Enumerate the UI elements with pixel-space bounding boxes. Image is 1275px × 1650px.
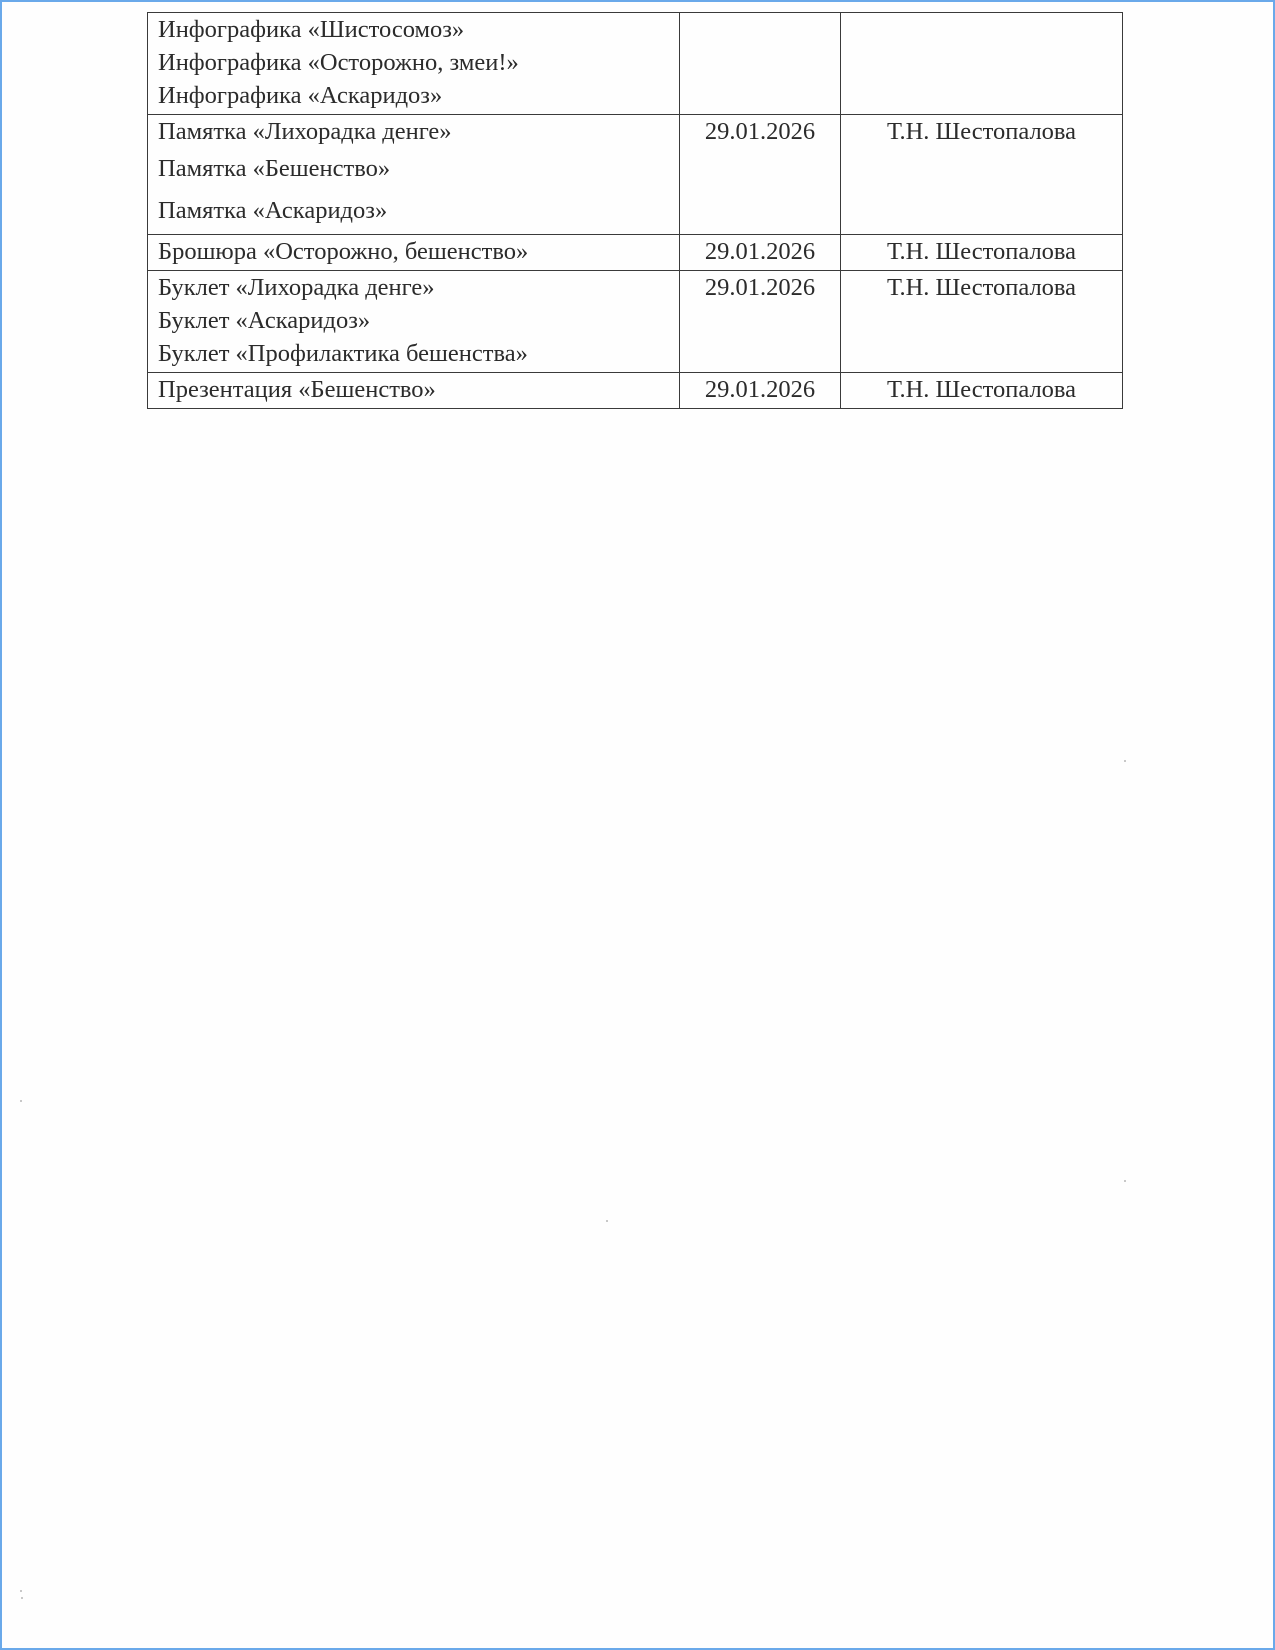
scan-speck [20, 1590, 22, 1592]
scan-speck [1124, 760, 1126, 762]
material-cell: Буклет «Лихорадка денге»Буклет «Аскаридо… [148, 271, 680, 373]
material-title: Буклет «Аскаридоз» [158, 304, 669, 337]
scan-speck [20, 1100, 22, 1102]
responsible-cell [841, 13, 1123, 115]
table-row: Презентация «Бешенство»29.01.2026Т.Н. Ше… [148, 373, 1123, 409]
material-cell: Презентация «Бешенство» [148, 373, 680, 409]
material-title: Инфографика «Осторожно, змеи!» [158, 46, 669, 79]
scan-speck [1124, 1180, 1126, 1182]
table-row: Буклет «Лихорадка денге»Буклет «Аскаридо… [148, 271, 1123, 373]
material-cell: Инфографика «Шистосомоз»Инфографика «Ост… [148, 13, 680, 115]
date-cell: 29.01.2026 [680, 373, 841, 409]
responsible-cell: Т.Н. Шестопалова [841, 271, 1123, 373]
materials-table: Инфографика «Шистосомоз»Инфографика «Ост… [147, 12, 1123, 409]
material-cell: Памятка «Лихорадка денге»Памятка «Бешенс… [148, 115, 680, 235]
responsible-cell: Т.Н. Шестопалова [841, 235, 1123, 271]
date-cell [680, 13, 841, 115]
responsible-cell: Т.Н. Шестопалова [841, 115, 1123, 235]
scan-speck [606, 1220, 608, 1222]
material-title: Памятка «Аскаридоз» [158, 190, 669, 232]
material-title: Буклет «Профилактика бешенства» [158, 337, 669, 370]
table-row: Инфографика «Шистосомоз»Инфографика «Ост… [148, 13, 1123, 115]
table-row: Памятка «Лихорадка денге»Памятка «Бешенс… [148, 115, 1123, 235]
material-title: Инфографика «Шистосомоз» [158, 13, 669, 46]
material-cell: Брошюра «Осторожно, бешенство» [148, 235, 680, 271]
table-body: Инфографика «Шистосомоз»Инфографика «Ост… [148, 13, 1123, 409]
material-title: Буклет «Лихорадка денге» [158, 271, 669, 304]
material-title: Брошюра «Осторожно, бешенство» [158, 235, 669, 268]
responsible-cell: Т.Н. Шестопалова [841, 373, 1123, 409]
material-title: Инфографика «Аскаридоз» [158, 79, 669, 112]
date-cell: 29.01.2026 [680, 271, 841, 373]
material-title: Памятка «Бешенство» [158, 148, 669, 190]
material-title: Презентация «Бешенство» [158, 373, 669, 406]
scan-speck [21, 1597, 23, 1599]
material-title: Памятка «Лихорадка денге» [158, 115, 669, 148]
date-cell: 29.01.2026 [680, 115, 841, 235]
date-cell: 29.01.2026 [680, 235, 841, 271]
table-row: Брошюра «Осторожно, бешенство»29.01.2026… [148, 235, 1123, 271]
